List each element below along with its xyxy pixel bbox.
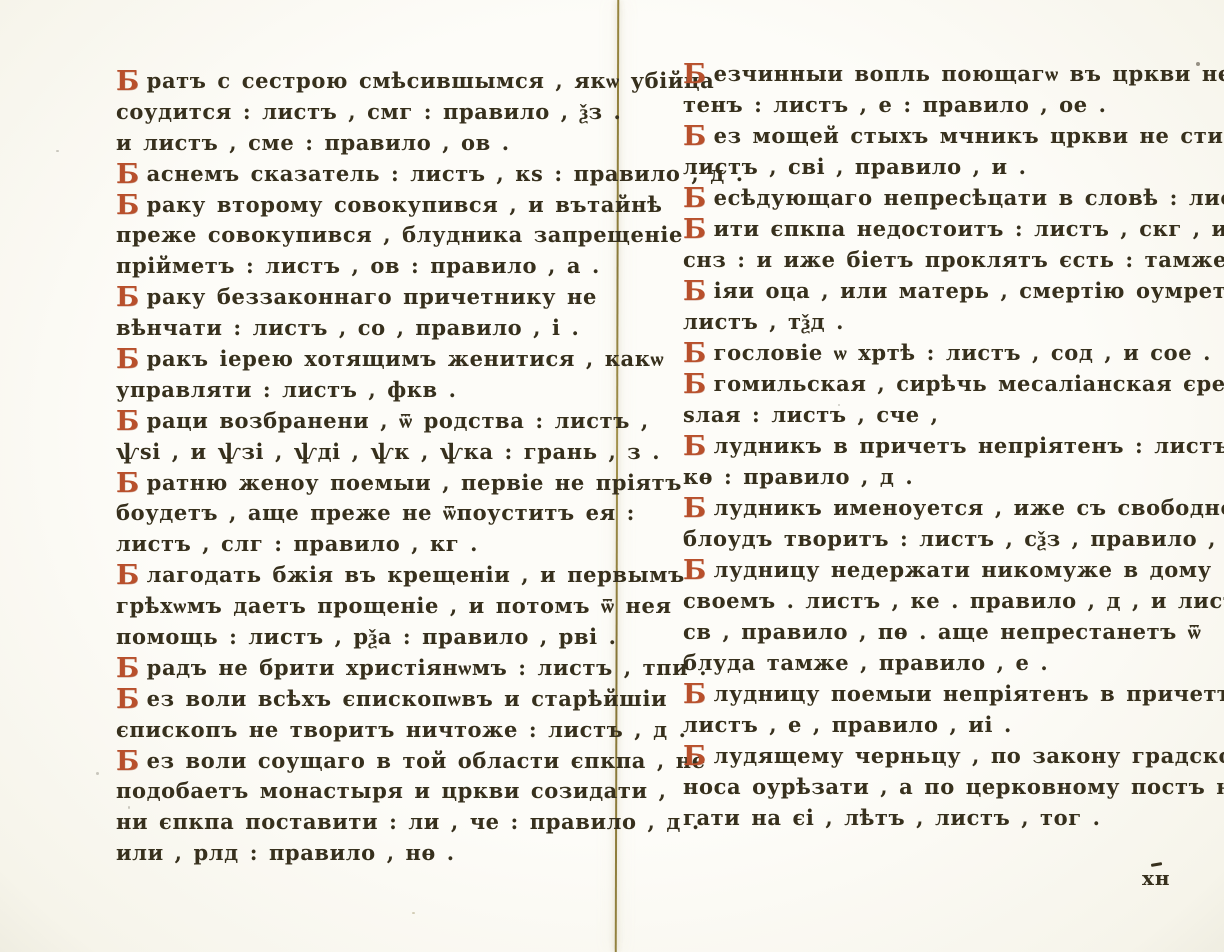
drop-initial: Б [683, 493, 707, 524]
line-text: гомильская , сирѣчь месаліанская єресь [714, 371, 1224, 396]
quire-signature-text: хн [1142, 866, 1171, 890]
index-entry-line: Безчинныи вопль поющагѡ въ цркви непрія [683, 58, 1223, 89]
line-text: блоудъ творитъ : листъ , сѯз , правило ,… [683, 526, 1224, 551]
paper-speck [128, 806, 130, 809]
line-text: ни єпкпа поставити : ли , че : правило ,… [116, 809, 700, 834]
line-text: єпископъ не творитъ ничтоже : листъ , д … [116, 717, 687, 742]
line-text: кѳ : правило , д . [683, 464, 913, 489]
drop-initial: Б [116, 344, 140, 375]
index-entry-line: Брадъ не брити христіянѡмъ : листъ , тпи… [116, 653, 621, 684]
index-entry-line: Біяи оца , или матерь , смертію оумретъ … [683, 275, 1223, 306]
paper-speck [96, 772, 99, 775]
index-entry-line: Блудницу поемыи непріятенъ в причетъ . [683, 678, 1223, 709]
index-entry-line: грѣхѡмъ даетъ прощеніе , и потомъ ѿ нея [116, 591, 621, 622]
index-entry-line: кѳ : правило , д . [683, 461, 1223, 492]
index-entry-line: Бгомильская , сирѣчь месаліанская єресь [683, 368, 1223, 399]
index-entry-line: гати на єі , лѣтъ , листъ , тог . [683, 802, 1223, 833]
line-text: ез воли всѣхъ єпископѡвъ и старѣйшіи [147, 686, 668, 711]
paper-speck [1196, 62, 1200, 66]
line-text: есѣдующаго непресѣцати в словѣ : листъ ,… [714, 185, 1224, 210]
drop-initial: Б [116, 560, 140, 591]
line-text: іяи оца , или матерь , смертію оумретъ : [714, 278, 1224, 303]
drop-initial: Б [116, 653, 140, 684]
line-text: радъ не брити христіянѡмъ : листъ , тпи … [147, 655, 707, 680]
drop-initial: Б [116, 468, 140, 499]
line-text: листъ , е , правило , иі . [683, 712, 1012, 737]
line-text: лудницу недержати никомуже в дому [714, 557, 1212, 582]
quire-signature-mark: хн [1142, 866, 1171, 890]
index-entry-line: своемъ . листъ , ке . правило , д , и ли… [683, 585, 1223, 616]
index-entry-line: Браку беззаконнаго причетнику не [116, 282, 621, 313]
index-entry-line: Братню женоу поемыи , первіе не пріятъ [116, 468, 621, 499]
index-entry-line: св , правило , пѳ . аще непрестанетъ ѿ [683, 616, 1223, 647]
index-entry-line: Бгословіе ѡ хртѣ : листъ , сод , и сое . [683, 337, 1223, 368]
line-text: листъ , сві , правило , и . [683, 154, 1026, 179]
drop-initial: Б [683, 276, 707, 307]
index-entry-line: Бесѣдующаго непресѣцати в словѣ : листъ … [683, 182, 1223, 213]
index-entry-line: Браку второму совокупився , и вътайнѣ [116, 190, 621, 221]
index-entry-line: подобаетъ монастыря и цркви созидати , [116, 776, 621, 807]
line-text: тенъ : листъ , е : правило , ое . [683, 92, 1107, 117]
line-text: аснемъ сказатель : листъ , кѕ : правило … [147, 161, 744, 186]
line-text: ѕлая : листъ , сче , [683, 402, 939, 427]
line-text: ѱѕі , и ѱзі , ѱді , ѱк , ѱка : грань , з… [116, 439, 660, 464]
index-entry-line: Блудникъ в причетъ непріятенъ : листъ , [683, 430, 1223, 461]
line-text: лудницу поемыи непріятенъ в причетъ . [714, 681, 1224, 706]
index-entry-line: листъ , слг : правило , кг . [116, 529, 621, 560]
drop-initial: Б [116, 159, 140, 190]
drop-initial: Б [116, 746, 140, 777]
index-entry-line: прійметъ : листъ , ов : правило , а . [116, 251, 621, 282]
line-text: гати на єі , лѣтъ , листъ , тог . [683, 805, 1101, 830]
line-text: листъ , тѯд . [683, 309, 844, 334]
line-text: или , рлд : правило , нѳ . [116, 840, 455, 865]
drop-initial: Б [116, 66, 140, 97]
left-page-text-column: Братъ с сестрою смѣсившымся , якѡ убійца… [116, 66, 621, 869]
index-entry-line: Браци возбранени , ѿ родства : листъ , [116, 406, 621, 437]
index-entry-line: Бити єпкпа недостоитъ : листъ , скг , и … [683, 213, 1223, 244]
line-text: снз : и иже біетъ проклятъ єсть : тамже … [683, 247, 1224, 272]
drop-initial: Б [683, 121, 707, 152]
index-entry-line: ни єпкпа поставити : ли , че : правило ,… [116, 807, 621, 838]
index-entry-line: блуда тамже , правило , е . [683, 647, 1223, 678]
index-entry-line: блоудъ творитъ : листъ , сѯз , правило ,… [683, 523, 1223, 554]
drop-initial: Б [116, 684, 140, 715]
line-text: вѣнчати : листъ , со , правило , і . [116, 315, 579, 340]
index-entry-line: листъ , сві , правило , и . [683, 151, 1223, 182]
paper-speck [204, 512, 207, 514]
line-text: лудящему черньцу , по закону градскому [714, 743, 1224, 768]
line-text: ракъ іерею хотящимъ женитися , какѡ [147, 346, 664, 371]
drop-initial: Б [116, 406, 140, 437]
paper-speck [56, 150, 59, 152]
drop-initial: Б [683, 369, 707, 400]
index-entry-line: или , рлд : правило , нѳ . [116, 838, 621, 869]
line-text: св , правило , пѳ . аще непрестанетъ ѿ [683, 619, 1201, 644]
line-text: управляти : листъ , фкв . [116, 377, 457, 402]
line-text: раку беззаконнаго причетнику не [147, 284, 597, 309]
line-text: раку второму совокупився , и вътайнѣ [147, 192, 663, 217]
drop-initial: Б [683, 555, 707, 586]
index-entry-line: Без мощей стыхъ мчникъ цркви не стити : [683, 120, 1223, 151]
line-text: боудетъ , аще преже не ѿпоуститъ ея : [116, 500, 635, 525]
index-entry-line: тенъ : листъ , е : правило , ое . [683, 89, 1223, 120]
drop-initial: Б [683, 338, 707, 369]
index-entry-line: Без воли всѣхъ єпископѡвъ и старѣйшіи [116, 684, 621, 715]
drop-initial: Б [683, 214, 707, 245]
index-entry-line: листъ , е , правило , иі . [683, 709, 1223, 740]
line-text: преже совокупився , блудника запрещеніе [116, 222, 683, 247]
drop-initial: Б [683, 183, 707, 214]
right-page-text-column: Безчинныи вопль поющагѡ въ цркви непріят… [683, 58, 1223, 833]
line-text: помощь : листъ , рѯа : правило , рві . [116, 624, 617, 649]
drop-initial: Б [683, 741, 707, 772]
line-text: раци возбранени , ѿ родства : листъ , [147, 408, 649, 433]
index-entry-line: Братъ с сестрою смѣсившымся , якѡ убійца [116, 66, 621, 97]
drop-initial: Б [683, 679, 707, 710]
index-entry-line: Без воли соущаго в той области єпкпа , н… [116, 746, 621, 777]
line-text: грѣхѡмъ даетъ прощеніе , и потомъ ѿ нея [116, 593, 672, 618]
line-text: ратню женоу поемыи , первіе не пріятъ [147, 470, 682, 495]
line-text: носа оурѣзати , а по церковному постъ на… [683, 774, 1224, 799]
line-text: соудится : листъ , смг : правило , ѯз . [116, 99, 621, 124]
book-spread: Братъ с сестрою смѣсившымся , якѡ убійца… [0, 0, 1224, 952]
index-entry-line: ѱѕі , и ѱзі , ѱді , ѱк , ѱка : грань , з… [116, 437, 621, 468]
line-text: подобаетъ монастыря и цркви созидати , [116, 778, 667, 803]
index-entry-line: листъ , тѯд . [683, 306, 1223, 337]
index-entry-line: Бракъ іерею хотящимъ женитися , какѡ [116, 344, 621, 375]
index-entry-line: преже совокупився , блудника запрещеніе [116, 220, 621, 251]
paper-speck [838, 404, 840, 406]
line-text: езчинныи вопль поющагѡ въ цркви непрія [714, 61, 1224, 86]
line-text: ез мощей стыхъ мчникъ цркви не стити : [714, 123, 1224, 148]
index-entry-line: соудится : листъ , смг : правило , ѯз . [116, 97, 621, 128]
index-entry-line: носа оурѣзати , а по церковному постъ на… [683, 771, 1223, 802]
drop-initial: Б [683, 59, 707, 90]
drop-initial: Б [683, 431, 707, 462]
index-entry-line: Благодать бжія въ крещеніи , и первымъ [116, 560, 621, 591]
drop-initial: Б [116, 282, 140, 313]
index-entry-line: помощь : листъ , рѯа : правило , рві . [116, 622, 621, 653]
paper-speck [412, 912, 415, 914]
line-text: ити єпкпа недостоитъ : листъ , скг , и л… [714, 216, 1224, 241]
line-text: блуда тамже , правило , е . [683, 650, 1048, 675]
line-text: и листъ , сме : правило , ов . [116, 130, 510, 155]
line-text: ратъ с сестрою смѣсившымся , якѡ убійца [147, 68, 715, 93]
index-entry-line: Баснемъ сказатель : листъ , кѕ : правило… [116, 159, 621, 190]
line-text: лудникъ именоуется , иже съ свободною [714, 495, 1224, 520]
index-entry-line: боудетъ , аще преже не ѿпоуститъ ея : [116, 498, 621, 529]
index-entry-line: Блудникъ именоуется , иже съ свободною [683, 492, 1223, 523]
index-entry-line: снз : и иже біетъ проклятъ єсть : тамже … [683, 244, 1223, 275]
drop-initial: Б [116, 190, 140, 221]
line-text: ез воли соущаго в той области єпкпа , не [147, 748, 706, 773]
index-entry-line: вѣнчати : листъ , со , правило , і . [116, 313, 621, 344]
index-entry-line: єпископъ не творитъ ничтоже : листъ , д … [116, 715, 621, 746]
line-text: лагодать бжія въ крещеніи , и первымъ [147, 562, 685, 587]
index-entry-line: Блудницу недержати никомуже в дому [683, 554, 1223, 585]
index-entry-line: управляти : листъ , фкв . [116, 375, 621, 406]
line-text: лудникъ в причетъ непріятенъ : листъ , [714, 433, 1224, 458]
line-text: гословіе ѡ хртѣ : листъ , сод , и сое . [714, 340, 1211, 365]
line-text: прійметъ : листъ , ов : правило , а . [116, 253, 600, 278]
index-entry-line: ѕлая : листъ , сче , [683, 399, 1223, 430]
index-entry-line: и листъ , сме : правило , ов . [116, 128, 621, 159]
line-text: листъ , слг : правило , кг . [116, 531, 478, 556]
line-text: своемъ . листъ , ке . правило , д , и ли… [683, 588, 1224, 613]
index-entry-line: Блудящему черньцу , по закону градскому [683, 740, 1223, 771]
